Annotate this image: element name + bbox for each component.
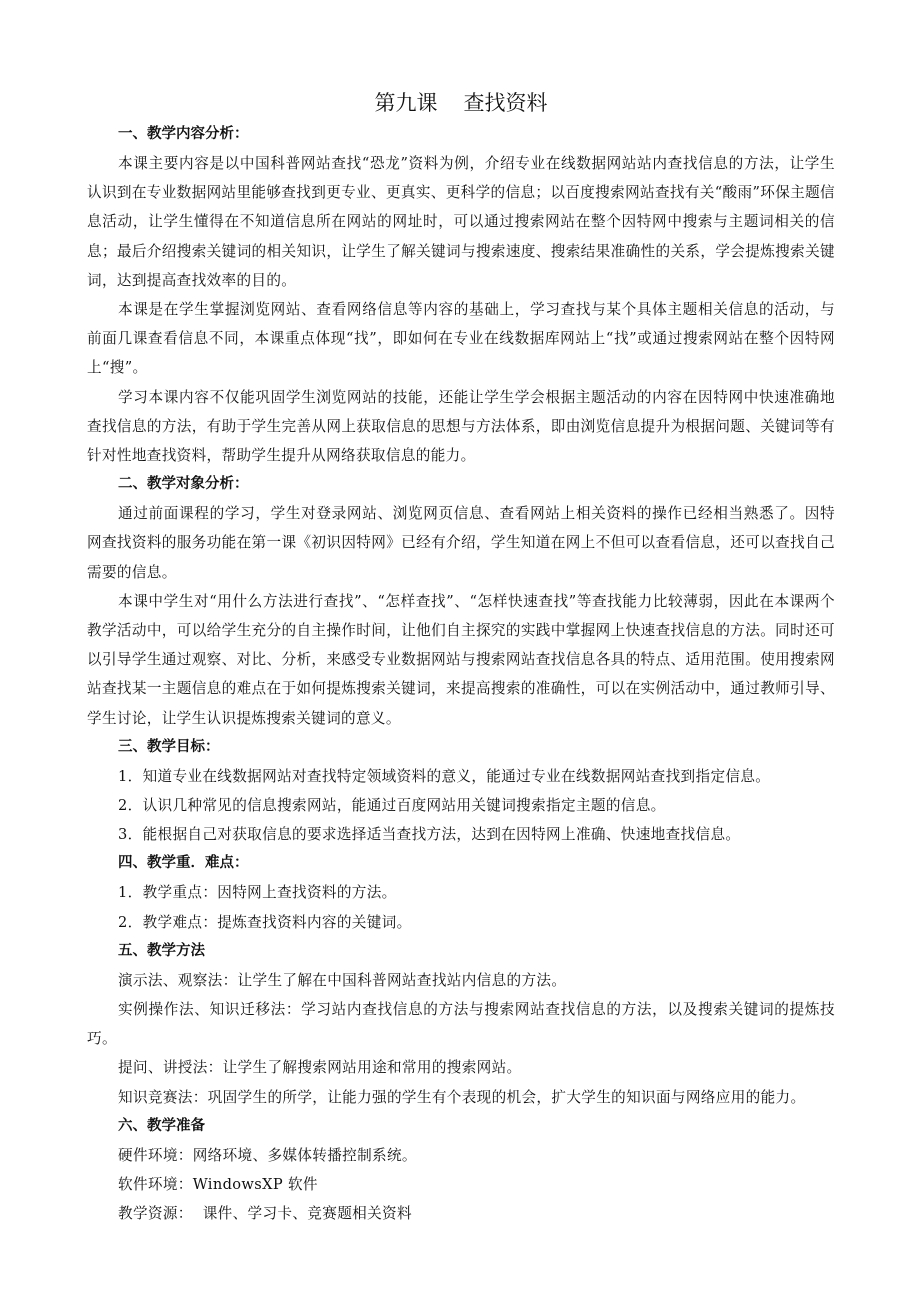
list-item: 1．教学重点：因特网上查找资料的方法。: [87, 878, 835, 907]
document-page: 第九课查找资料 一、教学内容分析： 本课主要内容是以中国科普网站查找“恐龙”资料…: [87, 86, 835, 1229]
paragraph: 本课主要内容是以中国科普网站查找“恐龙”资料为例，介绍专业在线数据网站站内查找信…: [87, 149, 835, 295]
paragraph: 演示法、观察法：让学生了解在中国科普网站查找站内信息的方法。: [87, 966, 835, 995]
section-heading: 三、教学目标：: [87, 733, 835, 762]
paragraph: 本课是在学生掌握浏览网站、查看网络信息等内容的基础上，学习查找与某个具体主题相关…: [87, 295, 835, 383]
list-item: 硬件环境：网络环境、多媒体转播控制系统。: [87, 1141, 835, 1170]
list-item: 教学资源： 课件、学习卡、竞赛题相关资料: [87, 1199, 835, 1228]
paragraph: 学习本课内容不仅能巩固学生浏览网站的技能，还能让学生学会根据主题活动的内容在因特…: [87, 383, 835, 471]
paragraph: 提问、讲授法：让学生了解搜索网站用途和常用的搜索网站。: [87, 1053, 835, 1082]
section-heading: 四、教学重．难点：: [87, 849, 835, 878]
section-heading: 六、教学准备: [87, 1112, 835, 1141]
list-item: 2．教学难点：提炼查找资料内容的关键词。: [87, 908, 835, 937]
list-item: 1．知道专业在线数据网站对查找特定领域资料的意义，能通过专业在线数据网站查找到指…: [87, 762, 835, 791]
list-item: 2．认识几种常见的信息搜索网站，能通过百度网站用关键词搜索指定主题的信息。: [87, 791, 835, 820]
page-title: 第九课查找资料: [87, 86, 835, 120]
paragraph: 通过前面课程的学习，学生对登录网站、浏览网页信息、查看网站上相关资料的操作已经相…: [87, 499, 835, 587]
paragraph: 实例操作法、知识迁移法：学习站内查找信息的方法与搜索网站查找信息的方法，以及搜索…: [87, 995, 835, 1053]
section-heading: 一、教学内容分析：: [87, 120, 835, 149]
section-heading: 五、教学方法: [87, 937, 835, 966]
paragraph: 知识竞赛法：巩固学生的所学，让能力强的学生有个表现的机会，扩大学生的知识面与网络…: [87, 1083, 835, 1112]
paragraph: 本课中学生对“用什么方法进行查找”、“怎样查找”、“怎样快速查找”等查找能力比较…: [87, 587, 835, 733]
section-heading: 二、教学对象分析：: [87, 470, 835, 499]
list-item: 3．能根据自己对获取信息的要求选择适当查找方法，达到在因特网上准确、快速地查找信…: [87, 820, 835, 849]
lesson-number: 第九课: [375, 91, 438, 115]
lesson-name: 查找资料: [464, 91, 548, 115]
list-item: 软件环境：WindowsXP 软件: [87, 1170, 835, 1199]
